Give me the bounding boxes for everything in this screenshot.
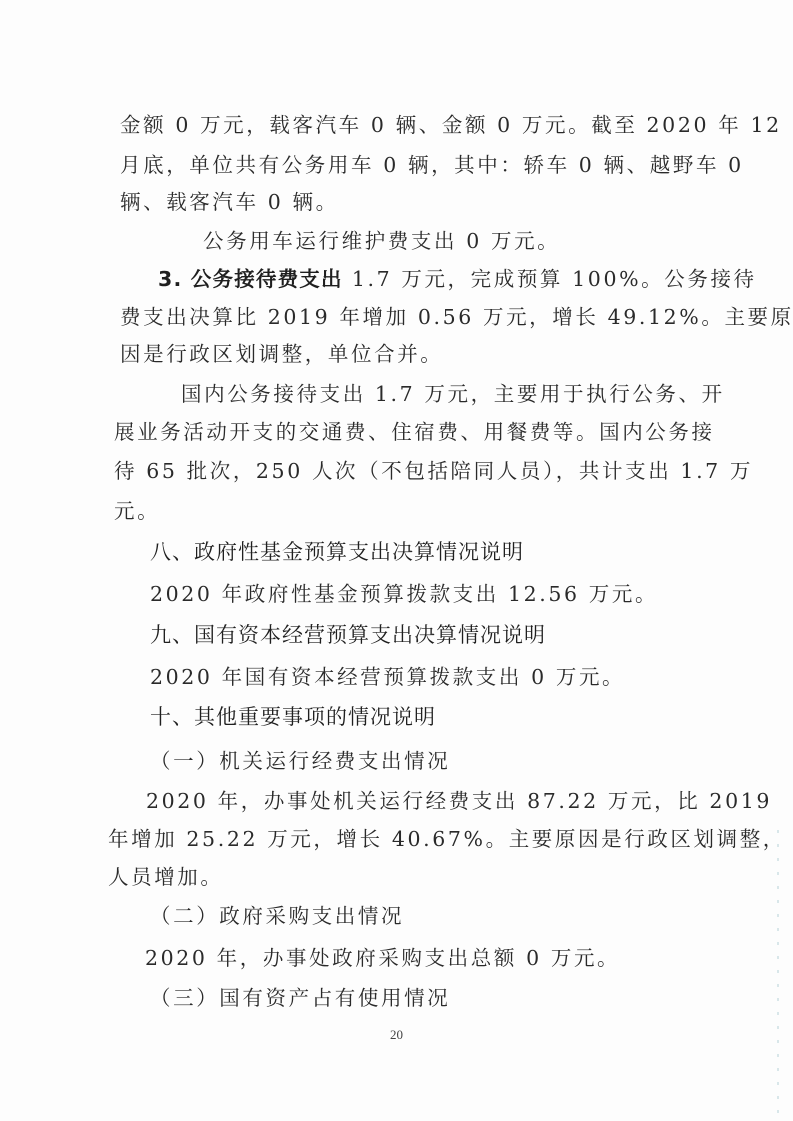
section-9-body: 2020 年国有资本经营预算拨款支出 0 万元。 <box>150 664 625 690</box>
subsection-1-line-3: 人员增加。 <box>108 864 224 890</box>
domestic-line-2: 展业务活动开支的交通费、住宿费、用餐费等。国内公务接 <box>114 419 715 445</box>
scan-edge-artifact <box>777 830 779 1120</box>
paragraph-line: 辆、载客汽车 0 辆。 <box>120 189 339 215</box>
section-3-line-1: 3. 公务接待费支出 1.7 万元，完成预算 100%。公务接待 <box>158 266 757 292</box>
domestic-line-1: 国内公务接待支出 1.7 万元，主要用于执行公务、开 <box>181 381 725 407</box>
subsection-2-heading: （二）政府采购支出情况 <box>150 903 404 929</box>
subsection-1-line-1: 2020 年，办事处机关运行经费支出 87.22 万元，比 2019 <box>146 788 772 814</box>
section-9-heading: 九、国有资本经营预算支出决算情况说明 <box>150 622 546 648</box>
section-3-line-2: 费支出决算比 2019 年增加 0.56 万元，增长 49.12%。主要原 <box>120 304 793 330</box>
section-3-lead-rest: 1.7 万元，完成预算 100%。公务接待 <box>343 267 757 291</box>
domestic-line-3: 待 65 批次，250 人次（不包括陪同人员），共计支出 1.7 万 <box>114 458 753 484</box>
paragraph-line: 月底，单位共有公务用车 0 辆，其中：轿车 0 辆、越野车 0 <box>120 152 744 178</box>
section-8-body: 2020 年政府性基金预算拨款支出 12.56 万元。 <box>150 581 658 607</box>
paragraph-line: 金额 0 万元，载客汽车 0 辆、金额 0 万元。截至 2020 年 12 <box>120 112 782 138</box>
domestic-line-4: 元。 <box>114 498 160 524</box>
section-3-line-3: 因是行政区划调整，单位合并。 <box>120 341 443 367</box>
subsection-1-line-2: 年增加 25.22 万元，增长 40.67%。主要原因是行政区划调整， <box>108 826 786 852</box>
section-10-heading: 十、其他重要事项的情况说明 <box>150 704 436 730</box>
subsection-3-heading: （三）国有资产占有使用情况 <box>150 985 450 1011</box>
paragraph-line: 公务用车运行维护费支出 0 万元。 <box>203 228 560 254</box>
page-number: 20 <box>0 1027 793 1043</box>
subsection-2-body: 2020 年，办事处政府采购支出总额 0 万元。 <box>145 945 620 971</box>
section-8-heading: 八、政府性基金预算支出决算情况说明 <box>150 539 524 565</box>
section-3-lead: 3. 公务接待费支出 <box>158 267 343 291</box>
subsection-1-heading: （一）机关运行经费支出情况 <box>150 748 450 774</box>
